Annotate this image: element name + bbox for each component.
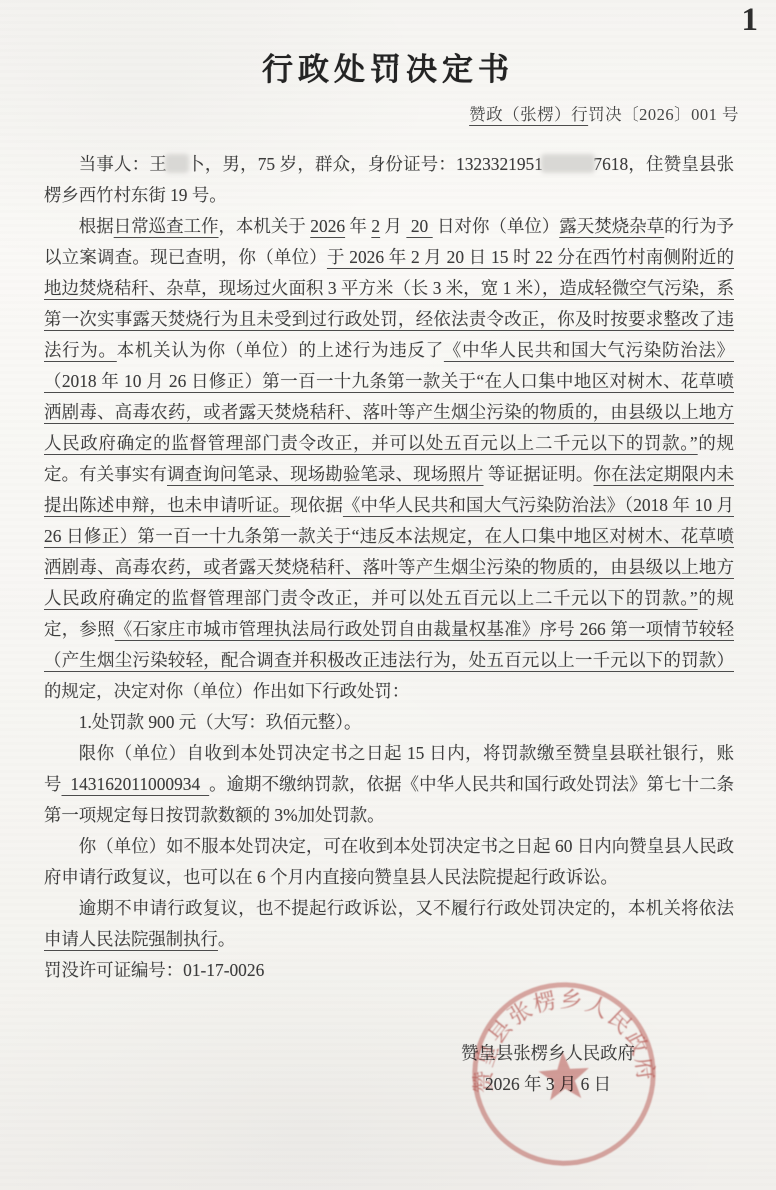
doc-number-rest: 罚决〔2026〕001 号 <box>588 105 739 124</box>
payment-instructions: 限你（单位）自收到本处罚决定书之日起 15 日内，将罚款缴至赞皇县联社银行，账号… <box>44 738 734 831</box>
body-text: 本机关认为你（单位）的上述行为违反了 <box>117 340 444 360</box>
body-text: 月 <box>380 216 406 236</box>
body-text: 年 <box>345 216 371 236</box>
filled-in-underlined-text: 20 <box>406 216 432 236</box>
penalty-item: 1.处罚款 900 元（大写：玖佰元整）。 <box>44 707 734 738</box>
document-reference-number: 赞政（张楞）行罚决〔2026〕001 号 <box>469 101 739 125</box>
body-text: 卜，男，75 岁，群众，身份证号：1323321951 <box>187 154 543 174</box>
body-text: 逾期不申请行政复议，也不提起行政诉讼，又不履行行政处罚决定的，本机关将依法 <box>79 898 734 918</box>
doc-number-underlined-part: 赞政（张楞）行 <box>469 105 588 124</box>
filled-in-underlined-text: 调查询问笔录、现场勘验笔录、现场照片 <box>167 464 483 484</box>
body-text: 你（单位）如不服本处罚决定，可在收到本处罚决定书之日起 60 日内向赞皇县人民政… <box>44 836 734 887</box>
official-seal: 赞皇县张楞乡人民政府 <box>459 969 668 1178</box>
filled-in-underlined-text: 露天焚烧杂草 <box>559 216 664 236</box>
document-title: 行政处罚决定书 <box>0 44 776 89</box>
filled-in-underlined-text: 143162011000934 <box>62 774 210 794</box>
body-text: 当事人：王 <box>79 154 167 174</box>
body-text: 等证据证明。 <box>484 464 594 484</box>
redacted-text <box>167 156 187 171</box>
body-text: 日对你（单位） <box>433 216 560 236</box>
body-text: ，本机关于 <box>219 216 311 236</box>
body-text: 根据 <box>79 216 114 236</box>
filled-in-underlined-text: 申请人民法院强制执行 <box>44 929 218 949</box>
body-text: 。 <box>218 929 235 949</box>
star-icon <box>537 1050 591 1101</box>
page-number: 1 <box>742 2 759 39</box>
appeal-rights: 你（单位）如不服本处罚决定，可在收到本处罚决定书之日起 60 日内向赞皇县人民政… <box>44 831 734 893</box>
document-body: 当事人：王卜，男，75 岁，群众，身份证号：13233219517618，住赞皇… <box>44 149 734 986</box>
facts-and-legal-basis: 根据日常巡查工作，本机关于 2026 年 2 月 20 日对你（单位）露天焚烧杂… <box>44 211 734 707</box>
filled-in-underlined-text: 2026 <box>310 216 345 236</box>
body-text: 罚没许可证编号：01-17-0026 <box>44 960 264 980</box>
body-text: 1.处罚款 900 元（大写：玖佰元整）。 <box>79 712 362 732</box>
filled-in-underlined-text: 日常巡查工作 <box>114 216 219 236</box>
enforcement-warning: 逾期不申请行政复议，也不提起行政诉讼，又不履行行政处罚决定的，本机关将依法申请人… <box>44 893 734 955</box>
filled-in-underlined-text: 《石家庄市城市管理执法局行政处罚自由裁量权基准》序号 266 第一项情节较轻（产… <box>44 619 734 670</box>
redacted-text <box>543 156 593 171</box>
party-info: 当事人：王卜，男，75 岁，群众，身份证号：13233219517618，住赞皇… <box>44 149 734 211</box>
body-text: 现依据 <box>290 495 343 515</box>
body-text: 的规定，决定对你（单位）作出如下行政处罚： <box>44 681 409 701</box>
filled-in-underlined-text: 2 <box>371 216 380 236</box>
scanned-document-page: 1 行政处罚决定书 赞政（张楞）行罚决〔2026〕001 号 当事人：王卜，男，… <box>0 0 776 1190</box>
